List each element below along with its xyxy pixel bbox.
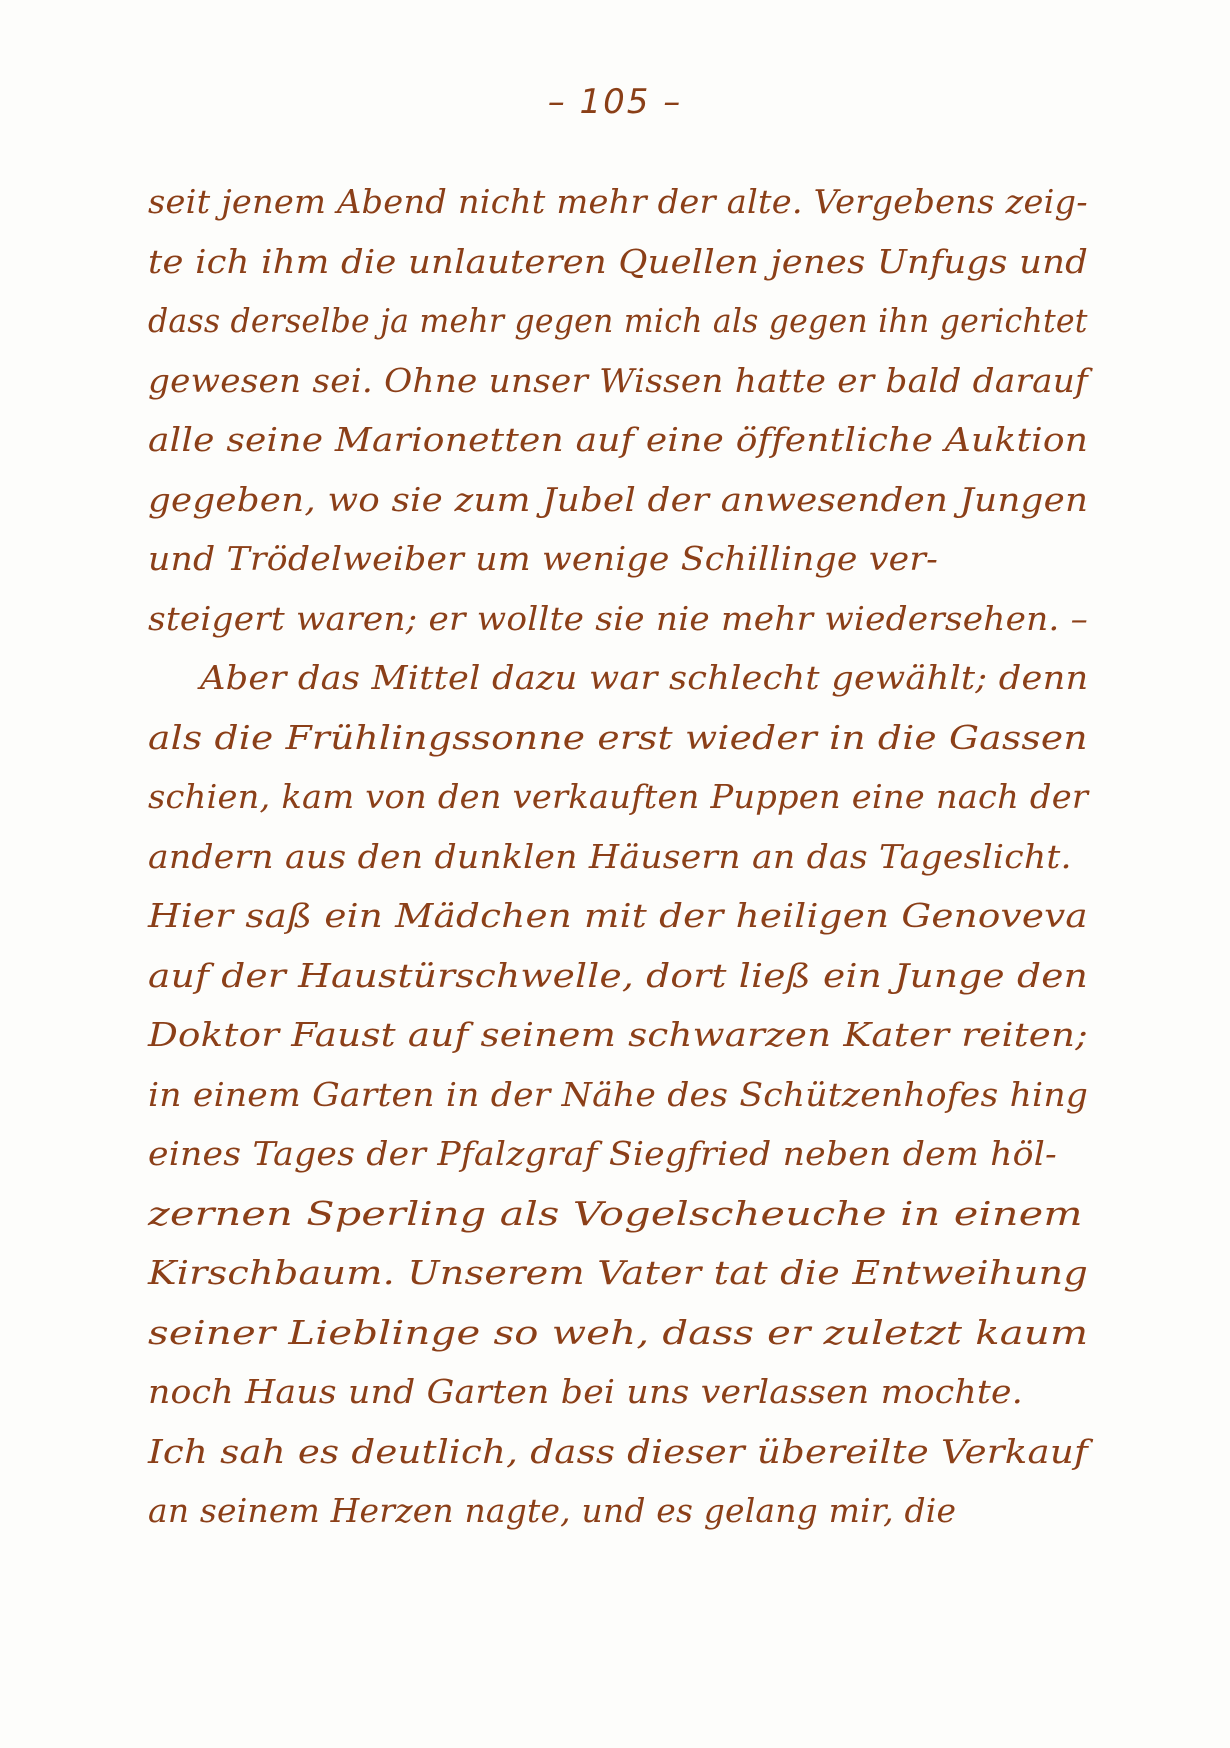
page-number: – 105 – bbox=[0, 82, 1230, 122]
manuscript-line: andern aus den dunklen Häusern an das Ta… bbox=[148, 827, 1088, 887]
manuscript-line-text: steigert waren; er wollte sie nie mehr w… bbox=[148, 589, 1088, 649]
manuscript-line: noch Haus und Garten bei uns verlassen m… bbox=[148, 1362, 1088, 1422]
manuscript-body: seit jenem Abend nicht mehr der alte. Ve… bbox=[148, 172, 1088, 1541]
manuscript-line-text: in einem Garten in der Nähe des Schützen… bbox=[148, 1065, 1088, 1125]
manuscript-line-text: als die Frühlingssonne erst wieder in di… bbox=[148, 708, 1088, 768]
manuscript-line: steigert waren; er wollte sie nie mehr w… bbox=[148, 589, 1088, 649]
manuscript-line: Aber das Mittel dazu war schlecht gewähl… bbox=[148, 648, 1088, 708]
manuscript-line-text: te ich ihm die unlauteren Quellen jenes … bbox=[148, 232, 1088, 292]
manuscript-line: gegeben, wo sie zum Jubel der anwesenden… bbox=[148, 470, 1088, 530]
manuscript-line-text: Kirschbaum. Unserem Vater tat die Entwei… bbox=[148, 1243, 1088, 1303]
manuscript-line: Kirschbaum. Unserem Vater tat die Entwei… bbox=[148, 1243, 1088, 1303]
manuscript-line: als die Frühlingssonne erst wieder in di… bbox=[148, 708, 1088, 768]
manuscript-line: Hier saß ein Mädchen mit der heiligen Ge… bbox=[148, 886, 1088, 946]
manuscript-line-text: gegeben, wo sie zum Jubel der anwesenden… bbox=[148, 470, 1088, 530]
manuscript-line-text: andern aus den dunklen Häusern an das Ta… bbox=[148, 827, 1072, 887]
manuscript-line: schien, kam von den verkauften Puppen ei… bbox=[148, 767, 1088, 827]
manuscript-line-text: noch Haus und Garten bei uns verlassen m… bbox=[148, 1362, 1023, 1422]
manuscript-line-text: Aber das Mittel dazu war schlecht gewähl… bbox=[200, 648, 1088, 708]
manuscript-line: auf der Haustürschwelle, dort ließ ein J… bbox=[148, 946, 1088, 1006]
manuscript-line: seit jenem Abend nicht mehr der alte. Ve… bbox=[148, 172, 1088, 232]
manuscript-line-text: Doktor Faust auf seinem schwarzen Kater … bbox=[148, 1005, 1088, 1065]
manuscript-line: und Trödelweiber um wenige Schillinge ve… bbox=[148, 529, 1088, 589]
manuscript-line-text: auf der Haustürschwelle, dort ließ ein J… bbox=[148, 946, 1088, 1006]
manuscript-line: in einem Garten in der Nähe des Schützen… bbox=[148, 1065, 1088, 1125]
manuscript-line: dass derselbe ja mehr gegen mich als geg… bbox=[148, 291, 1088, 351]
manuscript-line-text: zernen Sperling als Vogelscheuche in ein… bbox=[148, 1184, 1083, 1244]
manuscript-page: – 105 – seit jenem Abend nicht mehr der … bbox=[0, 0, 1230, 1748]
manuscript-line: zernen Sperling als Vogelscheuche in ein… bbox=[148, 1184, 1088, 1244]
manuscript-line-text: dass derselbe ja mehr gegen mich als geg… bbox=[148, 291, 1088, 351]
manuscript-line-text: Hier saß ein Mädchen mit der heiligen Ge… bbox=[148, 886, 1088, 946]
manuscript-line: eines Tages der Pfalzgraf Siegfried nebe… bbox=[148, 1124, 1088, 1184]
manuscript-line-text: seiner Lieblinge so weh, dass er zuletzt… bbox=[148, 1303, 1088, 1363]
manuscript-line: gewesen sei. Ohne unser Wissen hatte er … bbox=[148, 351, 1088, 411]
manuscript-line: te ich ihm die unlauteren Quellen jenes … bbox=[148, 232, 1088, 292]
manuscript-line-text: eines Tages der Pfalzgraf Siegfried nebe… bbox=[148, 1124, 1057, 1184]
manuscript-line-text: alle seine Marionetten auf eine öffentli… bbox=[148, 410, 1088, 470]
manuscript-line-text: Ich sah es deutlich, dass dieser übereil… bbox=[148, 1422, 1088, 1482]
manuscript-line: Ich sah es deutlich, dass dieser übereil… bbox=[148, 1422, 1088, 1482]
manuscript-line: an seinem Herzen nagte, und es gelang mi… bbox=[148, 1481, 1088, 1541]
manuscript-line: seiner Lieblinge so weh, dass er zuletzt… bbox=[148, 1303, 1088, 1363]
manuscript-line-text: schien, kam von den verkauften Puppen ei… bbox=[148, 767, 1088, 827]
manuscript-line: alle seine Marionetten auf eine öffentli… bbox=[148, 410, 1088, 470]
manuscript-line-text: und Trödelweiber um wenige Schillinge ve… bbox=[148, 529, 938, 589]
manuscript-line: Doktor Faust auf seinem schwarzen Kater … bbox=[148, 1005, 1088, 1065]
manuscript-line-text: an seinem Herzen nagte, und es gelang mi… bbox=[148, 1481, 956, 1541]
manuscript-line-text: gewesen sei. Ohne unser Wissen hatte er … bbox=[148, 351, 1088, 411]
manuscript-line-text: seit jenem Abend nicht mehr der alte. Ve… bbox=[148, 172, 1088, 232]
